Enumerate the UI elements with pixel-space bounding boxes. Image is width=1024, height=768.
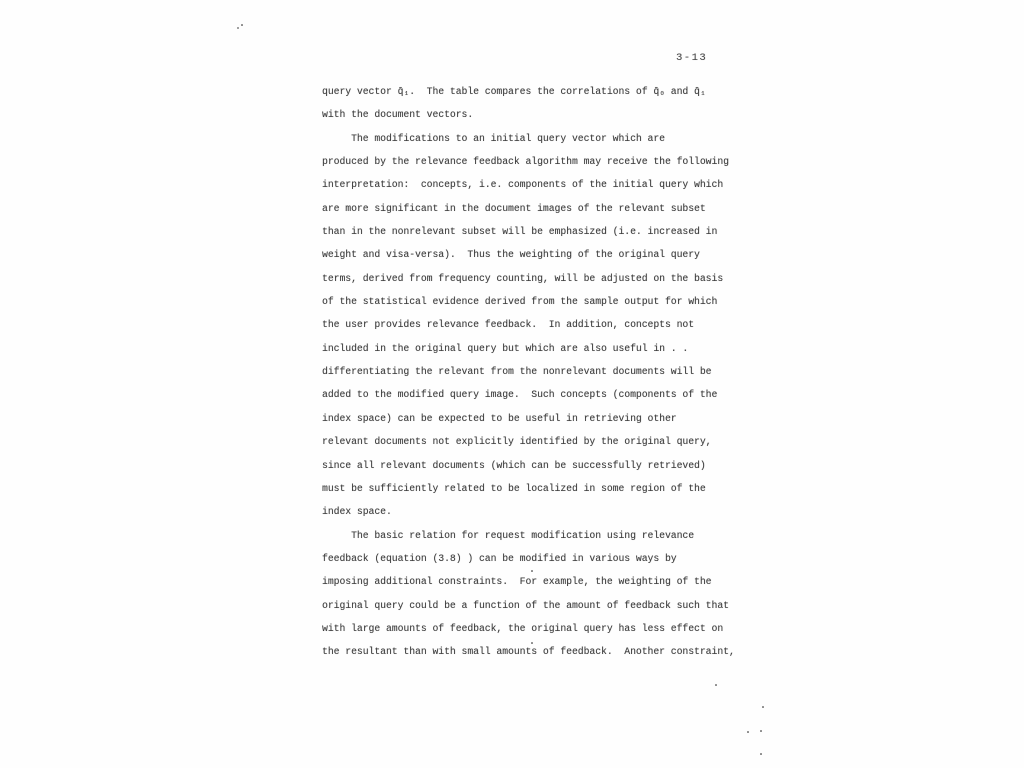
text-line: the user provides relevance feedback. In… (322, 313, 758, 336)
text-line: feedback (equation (3.8) ) can be modifi… (322, 547, 758, 570)
text-line: relevant documents not explicitly identi… (322, 430, 758, 453)
text-line: The modifications to an initial query ve… (322, 127, 758, 150)
text-line: the resultant than with small amounts of… (322, 640, 758, 663)
scan-speck (241, 24, 243, 26)
scan-speck (760, 753, 762, 755)
scan-speck (531, 570, 533, 572)
page-number: 3-13 (676, 52, 707, 64)
scan-speck (715, 684, 717, 686)
text-line: differentiating the relevant from the no… (322, 360, 758, 383)
text-line: must be sufficiently related to be local… (322, 477, 758, 500)
text-line: index space) can be expected to be usefu… (322, 407, 758, 430)
scan-speck (531, 642, 533, 644)
text-line: with large amounts of feedback, the orig… (322, 617, 758, 640)
scan-speck (760, 730, 762, 732)
text-line: weight and visa-versa). Thus the weighti… (322, 243, 758, 266)
scan-speck (237, 27, 239, 29)
text-line: than in the nonrelevant subset will be e… (322, 220, 758, 243)
text-line: original query could be a function of th… (322, 594, 758, 617)
text-line: are more significant in the document ima… (322, 197, 758, 220)
text-line: terms, derived from frequency counting, … (322, 267, 758, 290)
text-line: imposing additional constraints. For exa… (322, 570, 758, 593)
scan-speck (747, 731, 749, 733)
text-line: of the statistical evidence derived from… (322, 290, 758, 313)
text-line: since all relevant documents (which can … (322, 454, 758, 477)
text-line: produced by the relevance feedback algor… (322, 150, 758, 173)
text-line: included in the original query but which… (322, 337, 758, 360)
text-line: added to the modified query image. Such … (322, 383, 758, 406)
text-line: with the document vectors. (322, 103, 758, 126)
text-line: query vector q̄₁. The table compares the… (322, 80, 758, 103)
text-line: interpretation: concepts, i.e. component… (322, 173, 758, 196)
text-line: The basic relation for request modificat… (322, 524, 758, 547)
scanned-page: 3-13 query vector q̄₁. The table compare… (0, 0, 1024, 768)
text-line: index space. (322, 500, 758, 523)
scan-speck (762, 706, 764, 708)
text-block: query vector q̄₁. The table compares the… (322, 80, 758, 664)
